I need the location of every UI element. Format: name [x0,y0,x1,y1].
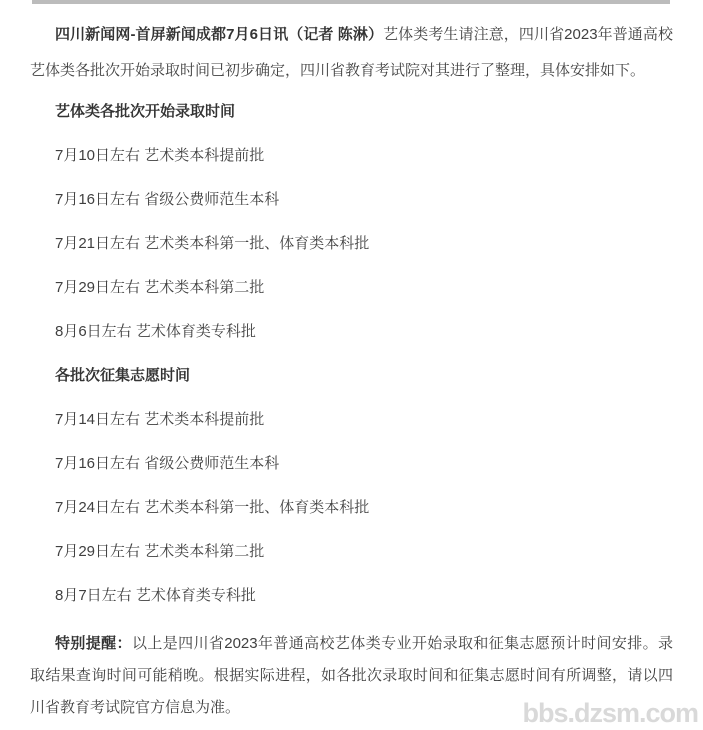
intro-dateline: 四川新闻网-首屏新闻成都7月6日讯（记者 陈淋） [55,26,383,43]
schedule-item: 7月10日左右 艺术类本科提前批 [30,138,673,174]
schedule-item: 7月14日左右 艺术类本科提前批 [30,402,673,438]
schedule-item: 7月16日左右 省级公费师范生本科 [30,182,673,218]
schedule-item: 8月6日左右 艺术体育类专科批 [30,314,673,350]
article-body: 四川新闻网-首屏新闻成都7月6日讯（记者 陈淋）艺体类考生请注意，四川省2023… [0,0,703,724]
watermark: bbs.dzsm.com [522,700,698,727]
schedule-item: 8月7日左右 艺术体育类专科批 [30,578,673,614]
schedule-item: 7月16日左右 省级公费师范生本科 [30,446,673,482]
section-heading-admission-start: 艺体类各批次开始录取时间 [30,94,673,130]
notice-label: 特别提醒： [55,635,132,652]
schedule-item: 7月24日左右 艺术类本科第一批、体育类本科批 [30,490,673,526]
intro-paragraph: 四川新闻网-首屏新闻成都7月6日讯（记者 陈淋）艺体类考生请注意，四川省2023… [30,17,673,89]
schedule-item: 7月21日左右 艺术类本科第一批、体育类本科批 [30,226,673,262]
schedule-item: 7月29日左右 艺术类本科第二批 [30,270,673,306]
section-heading-volunteer-collection: 各批次征集志愿时间 [30,358,673,394]
schedule-item: 7月29日左右 艺术类本科第二批 [30,534,673,570]
page: 四川新闻网-首屏新闻成都7月6日讯（记者 陈淋）艺体类考生请注意，四川省2023… [0,0,703,730]
